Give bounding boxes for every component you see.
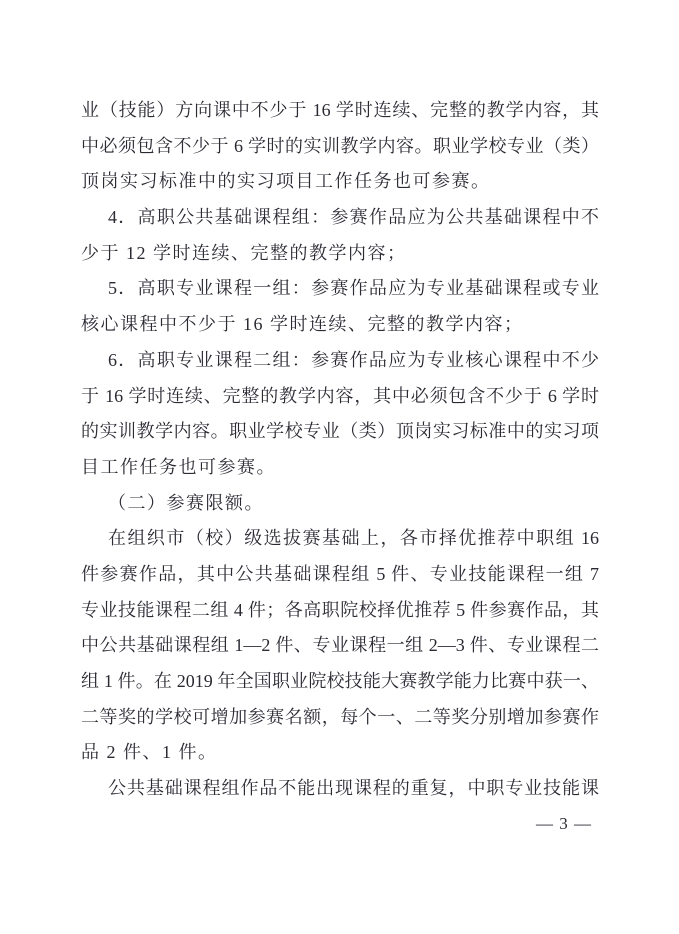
text-line: 中必须包含不少于 6 学时的实训教学内容。职业学校专业（类） [81,129,599,165]
text-line: 组 1 件。在 2019 年全国职业院校技能大赛教学能力比赛中获一、 [81,664,599,700]
text-line: 4．高职公共基础课程组：参赛作品应为公共基础课程中不 [81,200,599,236]
paragraph: 4．高职公共基础课程组：参赛作品应为公共基础课程中不少于 12 学时连续、完整的… [81,200,599,271]
paragraph: （二）参赛限额。 [81,486,599,522]
text-line: 5．高职专业课程一组：参赛作品应为专业基础课程或专业 [81,271,599,307]
text-line: 核心课程中不少于 16 学时连续、完整的教学内容； [81,307,599,343]
text-line: （二）参赛限额。 [81,486,599,522]
document-page: 业（技能）方向课中不少于 16 学时连续、完整的教学内容，其中必须包含不少于 6… [0,0,679,934]
paragraph: 在组织市（校）级选拔赛基础上，各市择优推荐中职组 16件参赛作品，其中公共基础课… [81,521,599,771]
text-line: 6．高职专业课程二组：参赛作品应为专业核心课程中不少 [81,343,599,379]
paragraph: 6．高职专业课程二组：参赛作品应为专业核心课程中不少于 16 学时连续、完整的教… [81,343,599,486]
text-line: 中公共基础课程组 1—2 件、专业课程一组 2—3 件、专业课程二 [81,628,599,664]
paragraph: 公共基础课程组作品不能出现课程的重复，中职专业技能课 [81,771,599,807]
text-line: 在组织市（校）级选拔赛基础上，各市择优推荐中职组 16 [81,521,599,557]
paragraph: 业（技能）方向课中不少于 16 学时连续、完整的教学内容，其中必须包含不少于 6… [81,93,599,200]
text-line: 的实训教学内容。职业学校专业（类）顶岗实习标准中的实习项 [81,414,599,450]
text-line: 业（技能）方向课中不少于 16 学时连续、完整的教学内容，其 [81,93,599,129]
text-line: 于 16 学时连续、完整的教学内容，其中必须包含不少于 6 学时 [81,379,599,415]
text-line: 品 2 件、1 件。 [81,735,599,771]
document-body: 业（技能）方向课中不少于 16 学时连续、完整的教学内容，其中必须包含不少于 6… [81,93,599,807]
paragraph: 5．高职专业课程一组：参赛作品应为专业基础课程或专业核心课程中不少于 16 学时… [81,271,599,342]
text-line: 公共基础课程组作品不能出现课程的重复，中职专业技能课 [81,771,599,807]
text-line: 目工作任务也可参赛。 [81,450,599,486]
text-line: 件参赛作品，其中公共基础课程组 5 件、专业技能课程一组 7 件、 [81,557,599,593]
text-line: 二等奖的学校可增加参赛名额，每个一、二等奖分别增加参赛作 [81,700,599,736]
text-line: 专业技能课程二组 4 件；各高职院校择优推荐 5 件参赛作品，其 [81,593,599,629]
text-line: 顶岗实习标准中的实习项目工作任务也可参赛。 [81,164,599,200]
page-number: — 3 — [536,814,592,834]
text-line: 少于 12 学时连续、完整的教学内容； [81,236,599,272]
